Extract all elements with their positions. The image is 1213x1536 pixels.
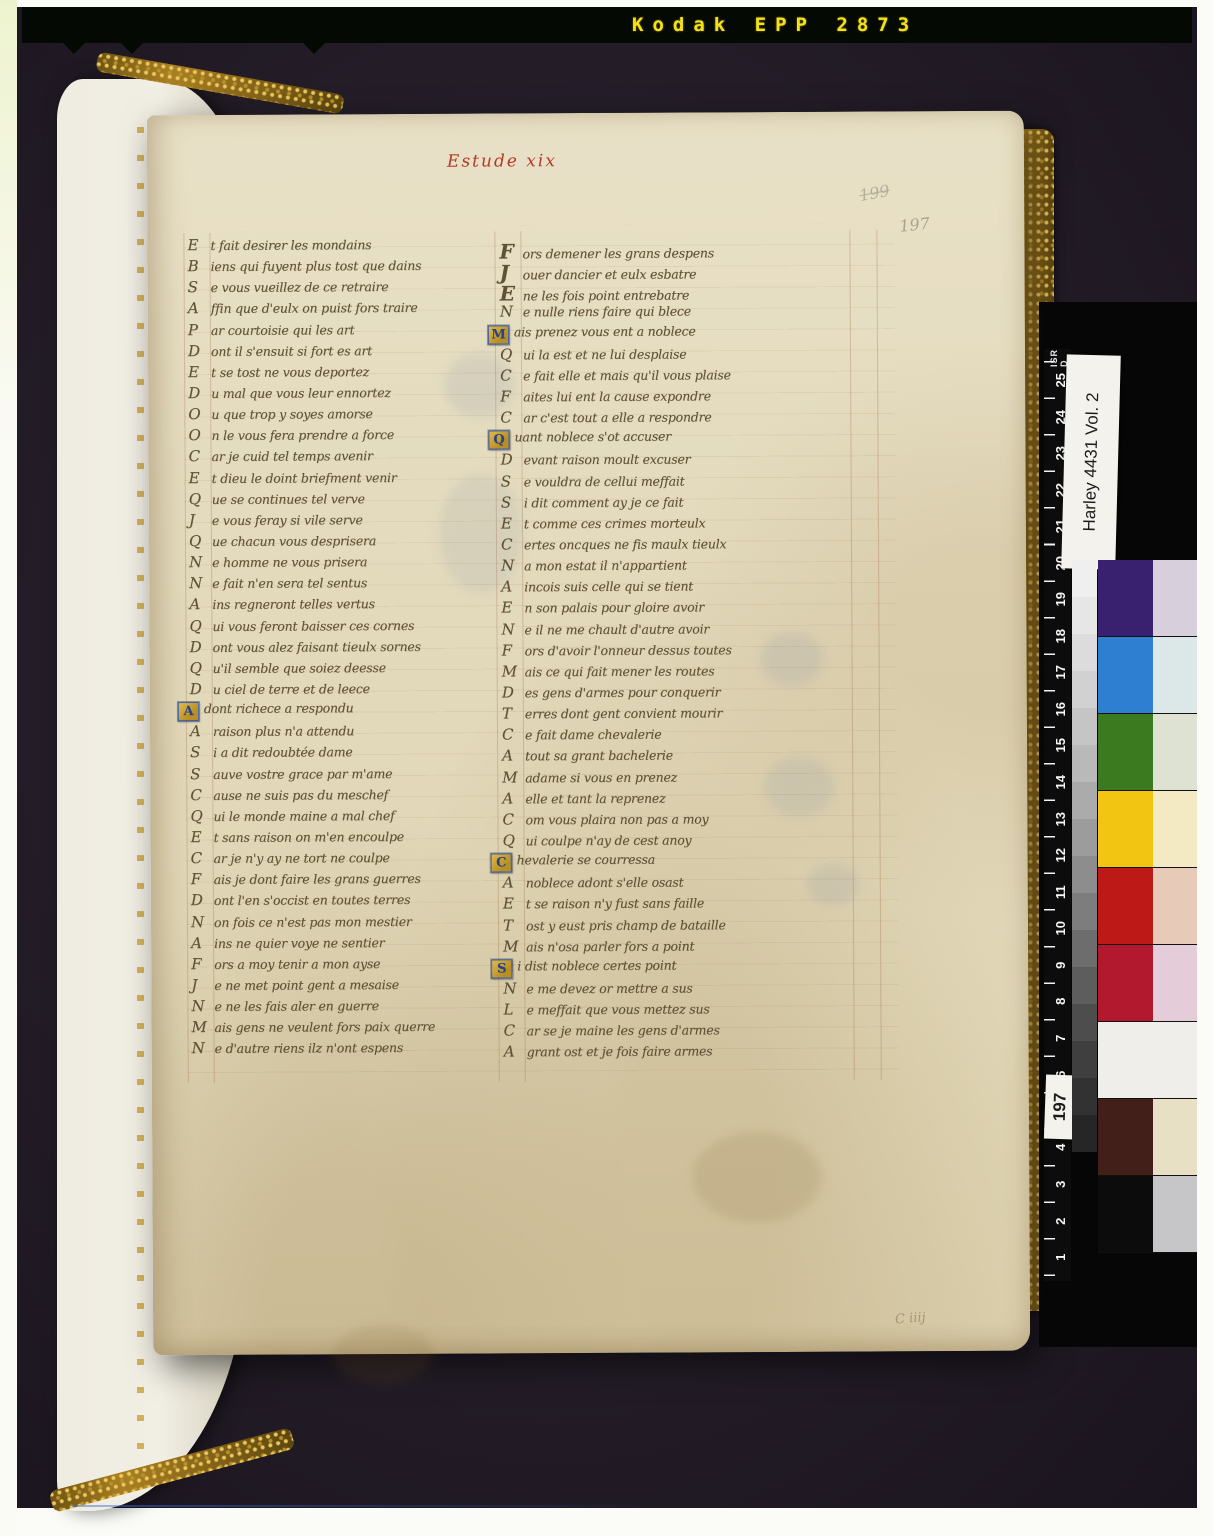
gray-step [1072,1004,1097,1041]
verse-text: ost y eust pris champ de bataille [526,916,843,933]
verse-line: E t se tost ne vous deportez [188,361,488,384]
verse-text: ar se je maine les gens d'armes [527,1022,844,1039]
color-patch-pale [1153,945,1197,1021]
verse-line: A ins ne quier voye ne sentier [191,932,491,955]
verse-initial: N [191,997,214,1015]
verse-line: E t se raison n'y fust sans faille [503,893,843,916]
verse-line: N e homme ne vous prisera [189,552,489,575]
verse-initial: S [188,278,211,296]
verse-text: e me devez or mettre a sus [526,980,843,997]
verse-text: elle et tant la reprenez [525,789,842,806]
verse-line: E t dieu le doint briefment venir [189,467,489,490]
verse-line: D ont l'en s'occist en toutes terres [191,890,491,913]
verse-initial: A [189,595,212,613]
shelfmark-text: Harley 4431 Vol. 2 [1079,392,1103,531]
color-patch-pale [1153,791,1197,867]
folio-number-old: 199 [858,181,891,205]
gray-step [1072,893,1097,930]
verse-line: S i dit comment ay je ce fait [501,491,841,514]
verse-initial: M [502,662,525,680]
verse-initial: Q [189,532,212,550]
verse-line: S i dist noblece certes point [503,956,843,979]
verse-line: C ar c'est tout a elle a respondre [500,407,840,430]
verse-line: C e fait elle et mais qu'il vous plaise [500,365,840,388]
verse-text: ais je dont faire les grans guerres [214,871,491,887]
verse-text: ertes oncques ne fis maulx tieulx [524,536,841,553]
gray-step [1072,819,1097,856]
color-patch-row [1098,1022,1197,1099]
manuscript-page: Estude xix 199 197 E t fait desirer les … [147,111,1030,1356]
verse-text: e il ne me chault d'autre avoir [524,620,841,637]
gray-step [1072,560,1097,597]
verse-line: M ais ce qui fait mener les routes [502,660,842,683]
verse-initial: F [191,870,214,888]
color-patch-saturated [1098,945,1153,1021]
verse-line: Q ui le monde maine a mal chef [190,805,490,828]
verse-line: N e il ne me chault d'autre avoir [501,618,841,641]
verse-initial: E [503,895,526,913]
verse-text: ont vous alez faisant tieulx sornes [213,638,490,654]
verse-initial: S [190,743,213,761]
verse-line: Q uant noblece s'ot accuser [500,428,840,451]
verse-text: adame si vous en prenez [525,768,842,785]
film-margin-left [0,0,17,1536]
verse-initial: D [501,451,524,469]
verse-line: C ar je n'y ay ne tort ne coulpe [191,848,491,871]
verse-text: e vous vueillez de ce retraire [211,279,488,295]
verse-line: M ais gens ne veulent fors paix querre [191,1017,491,1040]
verse-initial: A [504,1043,527,1061]
verse-text: e meffait que vous mettez sus [526,1001,843,1018]
verse-initial: C [502,810,525,828]
verse-initial: C [501,535,524,553]
verse-line: M ais prenez vous ent a noblece [500,322,840,345]
verse-text: ui la est et ne lui desplaise [523,345,840,362]
verse-text: ue se continues tel verve [212,490,489,506]
verse-text: e nulle riens faire qui blece [523,303,840,320]
running-title: Estude xix [447,151,557,172]
color-patch-pale [1153,1099,1197,1175]
color-patch-pale [1153,714,1197,790]
verse-initial: O [188,405,211,423]
color-patch-row [1098,1099,1197,1176]
verse-text: t se tost ne vous deportez [211,363,488,379]
film-notch [63,43,85,54]
verse-initial: E [189,469,212,487]
film-notch [303,43,325,54]
gray-step [1072,745,1097,782]
verse-line: N e fait n'en sera tel sentus [189,573,489,596]
verse-initial: A [178,702,199,721]
verse-line: A ffin que d'eulx on puist fors traire [188,298,488,321]
color-patch-pale [1153,560,1197,636]
verse-initial: F [500,387,523,405]
verse-initial: J [189,511,212,529]
verse-initial: E [188,363,211,381]
color-patch-pale [1153,637,1197,713]
verse-initial: F [502,641,525,659]
film-label: Kodak EPP 2873 [632,14,918,36]
verse-line: F ors demener les grans despens [499,238,839,261]
verse-initial: S [501,493,524,511]
verse-initial: O [188,426,211,444]
verse-text: ais gens ne veulent fors paix querre [214,1019,491,1035]
verse-initial: D [502,683,525,701]
verse-initial: A [502,789,525,807]
ruler-number: 3 [1042,1174,1079,1195]
shelfmark-label: Harley 4431 Vol. 2 [1061,354,1121,569]
verse-initial: M [503,937,526,955]
verse-line: Q ue se continues tel verve [189,488,489,511]
verse-initial: D [188,384,211,402]
verse-text: ins ne quier voye ne sentier [214,934,491,950]
verse-initial: D [190,680,213,698]
gray-step [1072,634,1097,671]
verse-line: A dont richece a respondu [190,700,490,723]
verse-line: M ais n'osa parler fors a point [503,935,843,958]
verse-text: u ciel de terre et de leece [213,680,490,696]
verse-line: T erres dont gent convient mourir [502,703,842,726]
verse-text: raison plus n'a attendu [213,723,490,739]
verse-line: S e vous vueillez de ce retraire [188,277,488,300]
verse-text: ont l'en s'occist en toutes terres [214,892,491,908]
verse-initial: F [191,955,214,973]
color-patch-saturated [1098,791,1153,867]
gray-step [1072,708,1097,745]
verse-line: N e nulle riens faire qui blece [500,301,840,324]
verse-line: F ors a moy tenir a mon ayse [191,953,491,976]
verse-initial: A [502,747,525,765]
verse-text: ors a moy tenir a mon ayse [214,955,491,971]
verse-text: ause ne suis pas du meschef [213,786,490,802]
gray-step [1072,1115,1097,1152]
verse-initial: A [188,299,211,317]
verse-initial: T [502,704,525,722]
verse-initial: C [500,366,523,384]
verse-text: e ne met point gent a mesaise [214,976,491,992]
verse-text: i dit comment ay je ce fait [524,493,841,510]
verse-text: ffin que d'eulx on puist fors traire [211,300,488,316]
verse-text: ors demener les grans despens [522,245,839,262]
verse-text: incois suis celle qui se tient [524,578,841,595]
verse-initial: S [190,764,213,782]
verse-initial: S [491,959,512,978]
verse-text: ins regneront telles vertus [212,596,489,612]
verse-line: L e meffait que vous mettez sus [503,999,843,1022]
verse-initial: C [191,849,214,867]
verse-line: B iens qui fuyent plus tost que dains [188,256,488,279]
verse-line: D evant raison moult excuser [501,449,841,472]
verse-text: e fait n'en sera tel sentus [212,575,489,591]
gray-step [1072,597,1097,634]
verse-line: S i a dit redoubtée dame [190,742,490,765]
verse-initial: E [190,828,213,846]
verse-text: u'il semble que soiez deesse [213,659,490,675]
color-patch-row [1098,945,1197,1022]
gray-step [1072,1078,1097,1115]
verse-line: D u mal que vous leur ennortez [188,383,488,406]
text-column-right: F ors demener les grans despens J ouer d… [499,238,843,1064]
verse-text: e homme ne vous prisera [212,554,489,570]
verse-text: uant noblece s'ot accuser [514,428,840,445]
verse-text: ar je cuid tel temps avenir [212,448,489,464]
verse-text: tout sa grant bachelerie [525,747,842,764]
color-patch-row [1098,791,1197,868]
verse-text: t se raison n'y fust sans faille [526,895,843,912]
verse-text: evant raison moult excuser [524,451,841,468]
verse-text: ar courtoisie qui les art [211,321,488,337]
verse-initial: M [488,325,509,344]
verse-line: E ne les fois point entrebatre [500,280,840,303]
verse-text: ui coulpe n'ay de cest anoy [526,832,843,849]
color-patch-saturated [1098,1099,1153,1175]
verse-text: e ne les fais aler en guerre [214,998,491,1014]
verse-initial: A [191,934,214,952]
verse-text: ui le monde maine a mal chef [213,807,490,823]
verse-initial: N [189,553,212,571]
verse-initial: N [501,556,524,574]
verse-line: T ost y eust pris champ de bataille [503,914,843,937]
verse-line: A ins regneront telles vertus [189,594,489,617]
text-column-left: E t fait desirer les mondains B iens qui… [187,235,491,1061]
verse-line: M adame si vous en prenez [502,766,842,789]
verse-text: es gens d'armes pour conquerir [525,684,842,701]
verse-initial: E [187,236,210,254]
gray-step [1072,782,1097,819]
verse-text: t comme ces crimes morteulx [524,515,841,532]
verse-initial: P [188,321,211,339]
verse-initial: T [503,916,526,934]
ruler-number: 1 [1042,1247,1079,1268]
verse-text: ue chacun vous desprisera [212,532,489,548]
color-patch-saturated [1098,1176,1153,1252]
verse-line: D es gens d'armes pour conquerir [502,682,842,705]
verse-line: Q ui la est et ne lui desplaise [500,343,840,366]
verse-initial: D [191,891,214,909]
verse-text: noblece adont s'elle osast [526,874,843,891]
verse-initial: N [501,620,524,638]
verse-initial: N [503,979,526,997]
gray-step [1072,671,1097,708]
verse-line: N e me devez or mettre a sus [503,978,843,1001]
verse-line: J ouer dancier et eulx esbatre [500,259,840,282]
grayscale-strip [1072,560,1097,1152]
film-notch [121,43,143,54]
verse-initial: M [502,768,525,786]
verse-text: e vouldra de cellui meffait [524,472,841,489]
verse-text: aites lui ent la cause expondre [523,388,840,405]
color-patch-saturated [1098,560,1153,636]
verse-line: C om vous plaira non pas a moy [502,808,842,831]
verse-line: A incois suis celle qui se tient [501,576,841,599]
verse-text: ouer dancier et eulx esbatre [523,266,840,283]
verse-text: grant ost et je fois faire armes [527,1043,844,1060]
verse-initial: A [503,874,526,892]
verse-line: E t comme ces crimes morteulx [501,513,841,536]
verse-line: N on fois ce n'est pas mon mestier [191,911,491,934]
verse-text: e fait dame chevalerie [525,726,842,743]
film-scratch [72,1505,672,1507]
verse-line: C hevalerie se courressa [503,851,843,874]
verse-text: ais n'osa parler fors a point [526,937,843,954]
verse-text: n le vous fera prendre a force [211,427,488,443]
verse-line: E n son palais pour gloire avoir [501,597,841,620]
verse-initial: A [501,578,524,596]
folio-number-new: 197 [898,214,930,236]
film-strip: Kodak EPP 2873 [22,7,1192,43]
verse-line: N e d'autre riens ilz n'ont espens [192,1038,492,1061]
verse-text: i dist noblece certes point [517,956,843,973]
color-patch-saturated [1098,1022,1197,1098]
verse-initial: D [189,638,212,656]
verse-text: auve vostre grace par m'ame [213,765,490,781]
verse-line: A tout sa grant bachelerie [502,745,842,768]
verse-text: n son palais pour gloire avoir [524,599,841,616]
color-patch-row [1098,714,1197,791]
verse-line: N a mon estat il n'appartient [501,555,841,578]
verse-initial: C [491,854,512,873]
verse-text: a mon estat il n'appartient [524,557,841,574]
verse-line: C ertes oncques ne fis maulx tieulx [501,534,841,557]
verse-text: ar c'est tout a elle a respondre [523,409,840,426]
verse-initial: C [500,408,523,426]
verse-line: J e ne met point gent a mesaise [191,974,491,997]
verse-text: om vous plaira non pas a moy [525,810,842,827]
verse-initial: Q [488,431,509,450]
verse-line: A noblece adont s'elle osast [503,872,843,895]
parchment-stain [333,1324,433,1385]
verse-text: t fait desirer les mondains [210,237,487,253]
verse-text: e d'autre riens ilz n'ont espens [215,1040,492,1056]
verse-text: ors d'avoir l'onneur dessus toutes [525,641,842,658]
verse-line: Q ui vous feront baisser ces cornes [189,615,489,638]
gray-step [1072,967,1097,1004]
verse-text: i a dit redoubtée dame [213,744,490,760]
verse-line: O n le vous fera prendre a force [188,425,488,448]
verse-text: e vous feray si vile serve [212,511,489,527]
verse-line: D ont vous alez faisant tieulx sornes [189,636,489,659]
verse-line: A raison plus n'a attendu [190,721,490,744]
verse-line: E t sans raison on m'en encoulpe [190,826,490,849]
verse-initial: A [190,722,213,740]
verse-text: t dieu le doint briefment venir [212,469,489,485]
verse-initial: S [501,472,524,490]
verse-line: Q ue chacun vous desprisera [189,530,489,553]
verse-initial: J [191,976,214,994]
verse-text: dont richece a respondu [204,700,490,716]
verse-text: ui vous feront baisser ces cornes [212,617,489,633]
verse-line: O u que trop y soyes amorse [188,404,488,427]
verse-text: ont il s'ensuit si fort es art [211,342,488,358]
verse-initial: E [501,514,524,532]
verse-text: ais ce qui fait mener les routes [525,662,842,679]
verse-line: S e vouldra de cellui meffait [501,470,841,493]
verse-line: J e vous feray si vile serve [189,509,489,532]
verse-line: F ors d'avoir l'onneur dessus toutes [502,639,842,662]
verse-line: N e ne les fais aler en guerre [191,996,491,1019]
verse-line: D ont il s'ensuit si fort es art [188,340,488,363]
verse-line: A grant ost et je fois faire armes [504,1041,844,1064]
verse-text: on fois ce n'est pas mon mestier [214,913,491,929]
verse-initial: N [192,1039,215,1057]
verse-text: ais prenez vous ent a noblece [514,322,840,339]
color-patch-saturated [1098,714,1153,790]
film-margin-right [1197,0,1213,1536]
verse-line: C e fait dame chevalerie [502,724,842,747]
verse-initial: C [188,447,211,465]
verse-line: F ais je dont faire les grans guerres [191,869,491,892]
verse-text: iens qui fuyent plus tost que dains [211,258,488,274]
verse-initial: Q [190,659,213,677]
verse-line: S auve vostre grace par m'ame [190,763,490,786]
color-patch-saturated [1098,868,1153,944]
color-patch-row [1098,1176,1197,1253]
verse-initial: N [191,912,214,930]
verse-text: erres dont gent convient mourir [525,705,842,722]
verse-line: F aites lui ent la cause expondre [500,386,840,409]
color-patch-saturated [1098,637,1153,713]
verse-line: Q u'il semble que soiez deesse [190,657,490,680]
verse-initial: Q [500,345,523,363]
verse-initial: Q [189,616,212,634]
verse-initial: N [189,574,212,592]
verse-initial: Q [190,807,213,825]
verse-text: u mal que vous leur ennortez [211,385,488,401]
verse-initial: E [501,599,524,617]
color-patch-pale [1153,868,1197,944]
color-patch-pale [1153,1176,1197,1252]
verse-line: D u ciel de terre et de leece [190,678,490,701]
verse-initial: Q [189,490,212,508]
verse-text: hevalerie se courressa [517,851,843,868]
ruler-number: 2 [1042,1210,1079,1231]
gilt-spine-dots [137,107,144,1467]
gray-step [1072,930,1097,967]
verse-initial: C [190,786,213,804]
verse-line: C ar se je maine les gens d'armes [504,1020,844,1043]
verse-initial: L [503,1000,526,1018]
verse-line: A elle et tant la reprenez [502,787,842,810]
verse-initial: N [500,303,523,321]
folio-tag-text: 197 [1050,1092,1071,1121]
color-patch-row [1098,637,1197,714]
photograph-area: Kodak EPP 2873 Estude xix 199 197 E [17,7,1197,1508]
verse-initial: Q [503,831,526,849]
verse-line: E t fait desirer les mondains [187,235,487,258]
gray-step [1072,856,1097,893]
verse-text: u que trop y soyes amorse [211,406,488,422]
verse-text: ne les fois point entrebatre [523,287,840,304]
color-patch-row [1098,868,1197,945]
color-calibration-bar [1098,560,1197,1253]
verse-text: ar je n'y ay ne tort ne coulpe [214,850,491,866]
verse-initial: M [191,1018,214,1036]
verse-initial: C [502,726,525,744]
verse-line: P ar courtoisie qui les art [188,319,488,342]
verse-line: C ar je cuid tel temps avenir [188,446,488,469]
verse-line: Q ui coulpe n'ay de cest anoy [503,830,843,853]
verse-line: C ause ne suis pas du meschef [190,784,490,807]
gray-step [1072,1041,1097,1078]
verse-text: t sans raison on m'en encoulpe [214,828,491,844]
parchment-stain [692,1132,822,1223]
color-patch-row [1098,560,1197,637]
verse-initial: D [188,342,211,360]
verse-initial: B [188,257,211,275]
verse-text: e fait elle et mais qu'il vous plaise [523,367,840,384]
quire-signature: C iiij [895,1310,927,1327]
verse-initial: C [504,1022,527,1040]
